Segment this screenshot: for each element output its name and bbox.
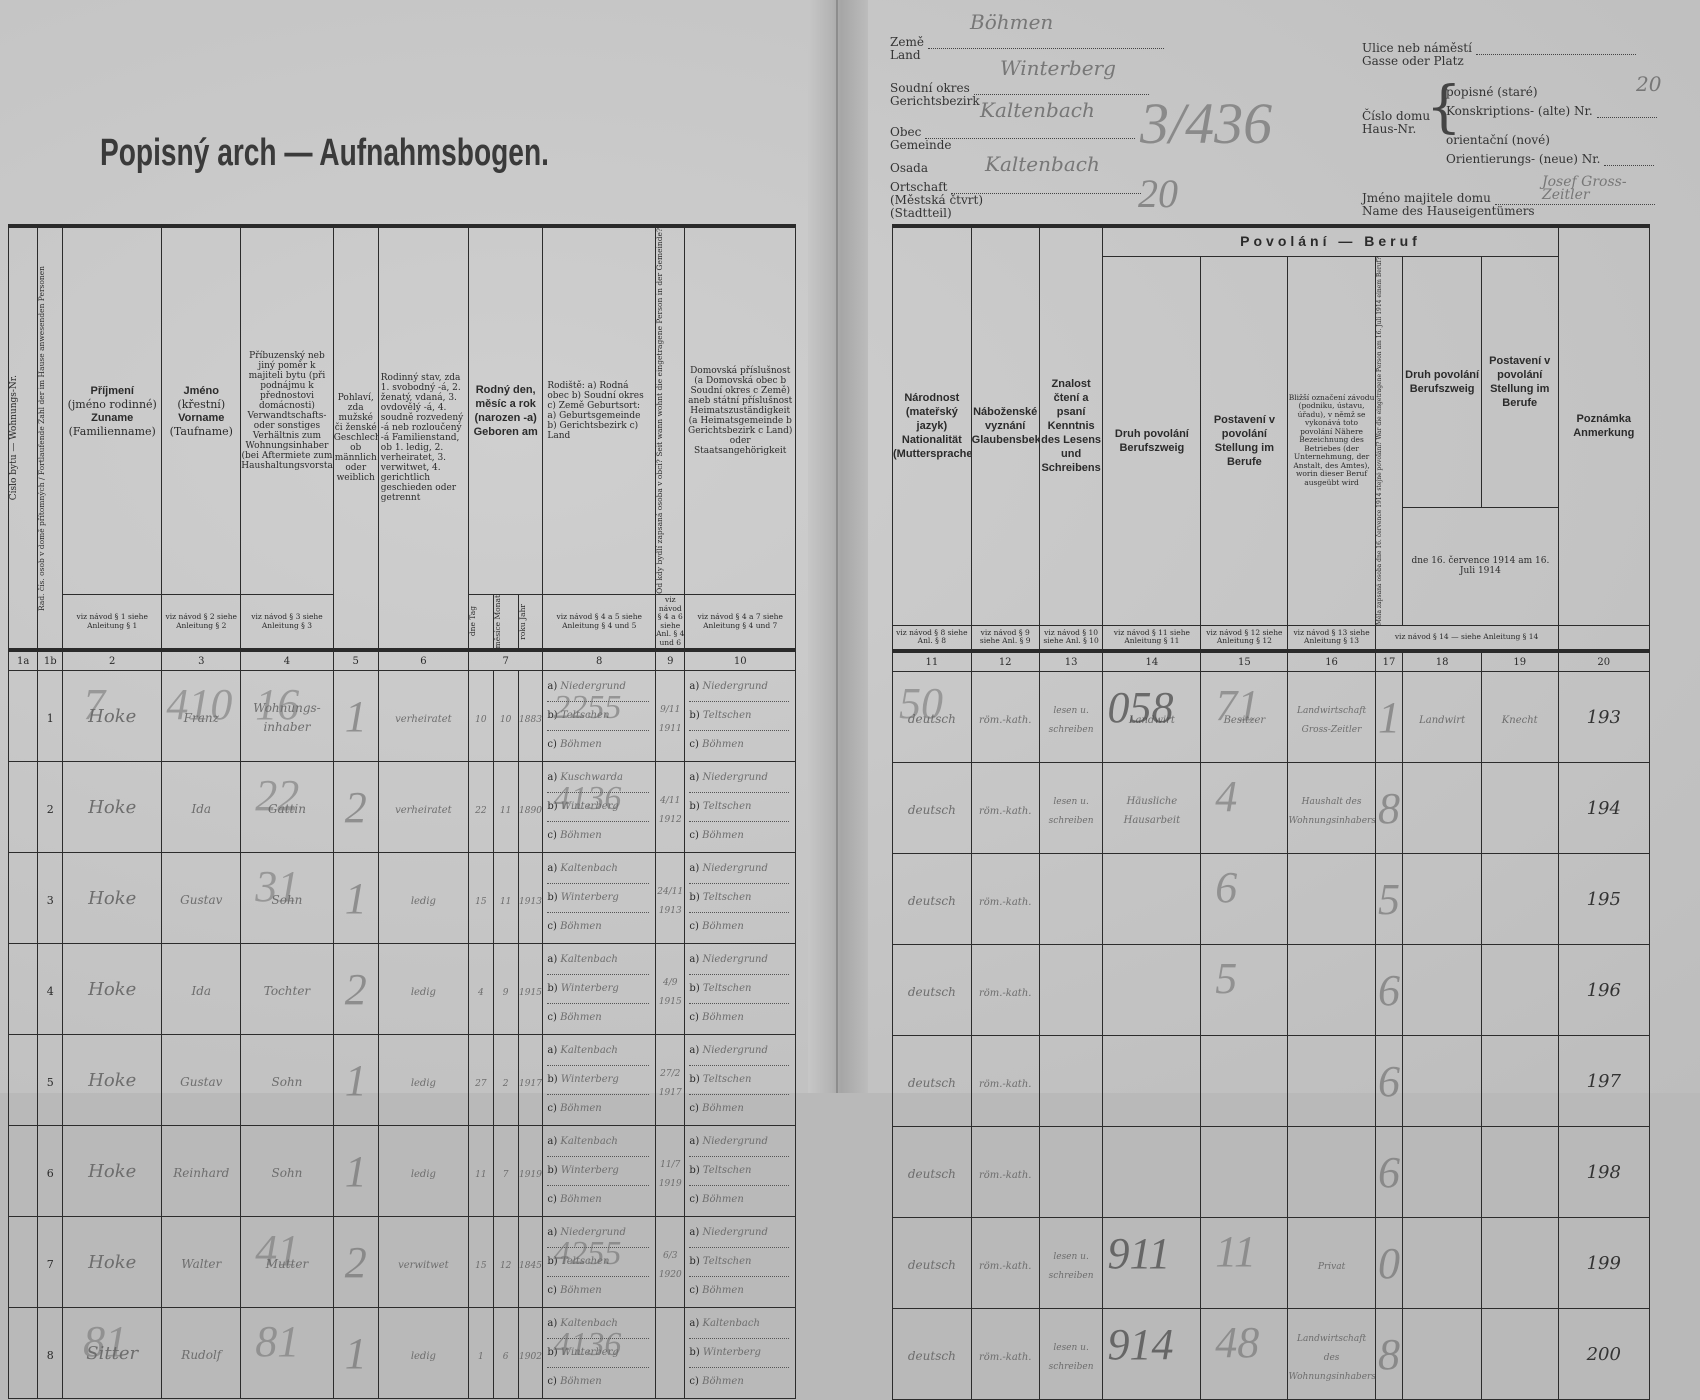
relation-cell: Sohn31: [241, 853, 333, 944]
nationality-cell: deutsch: [893, 763, 972, 854]
position-cell: [1201, 1036, 1288, 1093]
land-label-cz: Země: [890, 35, 924, 49]
birth-cell-1: 10: [493, 671, 518, 762]
note-cell: 196: [1558, 945, 1650, 1036]
col-12-header: Náboženské vyznání Glaubensbekenntnis: [971, 226, 1039, 625]
table-row: deutschröm.-kath.lesen u. schreibenHäusl…: [893, 763, 1650, 854]
birth-cell-0: 15: [468, 853, 493, 944]
occupation-cell: Landwirt058: [1103, 672, 1201, 763]
col-number-2: 2: [63, 650, 162, 671]
old-number-label-de: Konskriptions- (alte) Nr.: [1446, 104, 1593, 118]
same-occupation-1914-cell: 6: [1375, 945, 1403, 1036]
domicile-cell: a) Niedergrundb) Teltschenc) Böhmen: [685, 853, 796, 944]
col-number-6: 6: [378, 650, 468, 671]
person-number: 2: [38, 762, 63, 853]
col-number-13: 13: [1039, 651, 1103, 672]
col-number-11: 11: [893, 651, 972, 672]
employer-cell: [1288, 1036, 1375, 1093]
birthplace-cell: a) Kaltenbachb) Winterbergc) Böhmen: [543, 853, 656, 944]
sex-cell: 1: [333, 671, 378, 762]
field-community: Obec Gemeinde Kaltenbach: [890, 120, 1135, 152]
col-17-header: Měla zapsaná osoba dne 16. července 1914…: [1375, 256, 1403, 625]
marital-cell: ledig: [378, 853, 468, 944]
col-number-9: 9: [656, 650, 685, 671]
surname-cell: Hoke: [63, 1035, 162, 1093]
col-number-12: 12: [971, 651, 1039, 672]
col-11-ref: viz návod § 8 siehe Anl. § 8: [893, 625, 972, 651]
firstname-cell: Gustav: [162, 1035, 241, 1093]
owner-label-de: Name des Hauseigentümers: [1362, 205, 1655, 218]
sex-cell: 1: [333, 853, 378, 944]
flat-number: [9, 1035, 38, 1093]
relation-cell: Sohn: [241, 1035, 333, 1093]
old-number-value: 20: [1636, 78, 1661, 91]
census-table-left: Číslo bytu — Wohnungs-Nr.Řad. čís. osob …: [8, 224, 796, 1093]
table-row: deutschröm.-kath.65195: [893, 854, 1650, 945]
occupation-1914-cell: [1403, 945, 1482, 1036]
povolani-header: Povolání — Beruf: [1103, 226, 1558, 256]
birth-cell-2: 1883: [518, 671, 543, 762]
firstname-cell: Ida: [162, 762, 241, 853]
col-number-20: 20: [1558, 651, 1650, 672]
col-number-1b: 1b: [38, 650, 63, 671]
locality-label-de2: (Stadtteil): [890, 207, 1141, 220]
religion-cell: röm.-kath.: [971, 672, 1039, 763]
col-13-header: Znalost čtení a psaní Kenntnis des Lesen…: [1039, 226, 1103, 625]
flat-number: [9, 671, 38, 762]
locality-label-de: Ortschaft: [890, 180, 947, 194]
position-1914-cell: [1481, 763, 1558, 854]
relation-cell: Gattin22: [241, 762, 333, 853]
person-number: 5: [38, 1035, 63, 1093]
table-row: deutschröm.-kath.6197: [893, 1036, 1650, 1093]
col-3-header: Jméno(křestní)Vorname(Taufname): [162, 226, 241, 594]
col-11-header: Národnost (mateřský jazyk) Nationalität …: [893, 226, 972, 625]
house-no-label-de: Haus-Nr.: [1362, 123, 1430, 136]
same-occupation-1914-cell: 6: [1375, 1036, 1403, 1093]
marital-cell: ledig: [378, 944, 468, 1035]
col-number-15: 15: [1201, 651, 1288, 672]
birthplace-cell: a) Kuschwardab) Winterbergc) Böhmen4136: [543, 762, 656, 853]
col-3-ref: viz návod § 2 siehe Anleitung § 2: [162, 594, 241, 650]
field-old-number: popisné (staré) Konskriptions- (alte) Nr…: [1446, 86, 1657, 118]
col-number-3: 3: [162, 650, 241, 671]
birth-cell-1: 11: [493, 762, 518, 853]
locality-value: Kaltenbach: [985, 158, 1100, 171]
literacy-cell: [1039, 945, 1103, 1036]
residence-since-cell: 24/11 1913: [656, 853, 685, 944]
book-gutter: [808, 0, 868, 1093]
same-occupation-1914-cell: 8: [1375, 763, 1403, 854]
col-1b-header: Řad. čís. osob v domě přítomných / Fortl…: [38, 226, 63, 650]
field-street: Ulice neb náměstí Gasse oder Platz: [1362, 36, 1636, 68]
owner-value: Josef Gross-Zeitler: [1542, 176, 1655, 202]
surname-cell: Hoke: [63, 853, 162, 944]
marital-cell: verheiratet: [378, 671, 468, 762]
col-9-ref: viz návod § 4 a 6 siehe Anl. § 4 und 6: [656, 594, 685, 650]
firstname-cell: Gustav: [162, 853, 241, 944]
col-17-19-ref: viz návod § 14 — siehe Anleitung § 14: [1375, 625, 1558, 651]
field-house-number: Číslo domu Haus-Nr.: [1362, 110, 1430, 136]
table-row: 1Hoke7Franz410Wohnungs-inhaber161verheir…: [9, 671, 796, 762]
flat-number: [9, 944, 38, 1035]
col-8-header: Rodiště: a) Rodná obec b) Soudní okres c…: [543, 226, 656, 594]
position-1914-cell: Knecht: [1481, 672, 1558, 763]
relation-cell: Tochter: [241, 944, 333, 1035]
col-10-header: Domovská příslušnost (a Domovská obec b …: [685, 226, 796, 594]
old-number-label-cz: popisné (staré): [1446, 86, 1657, 99]
sex-cell: 2: [333, 762, 378, 853]
occupation-1914-cell: [1403, 854, 1482, 945]
position-1914-cell: [1481, 1036, 1558, 1093]
flat-number: [9, 762, 38, 853]
surname-cell: Hoke: [63, 944, 162, 1035]
person-number: 3: [38, 853, 63, 944]
literacy-cell: lesen u. schreiben: [1039, 672, 1103, 763]
occupation-cell: [1103, 854, 1201, 945]
field-owner: Jméno majitele domu Name des Hauseigentü…: [1362, 186, 1655, 218]
col-number-14: 14: [1103, 651, 1201, 672]
position-cell: 5: [1201, 945, 1288, 1036]
domicile-cell: a) Niedergrundb) Teltschenc) Böhmen: [685, 671, 796, 762]
table-row: 3HokeGustavSohn311ledig15111913a) Kalten…: [9, 853, 796, 944]
community-label-cz: Obec: [890, 125, 921, 139]
census-form-spread: Popisný arch — Aufnahmsbogen. Číslo bytu…: [0, 0, 1700, 1093]
census-table-right: Národnost (mateřský jazyk) Nationalität …: [892, 224, 1650, 1093]
field-new-number: orientační (nové) Orientierungs- (neue) …: [1446, 134, 1654, 166]
right-page: Země Land Böhmen Soudní okres Gerichtsbe…: [868, 0, 1700, 1093]
sex-cell: 2: [333, 944, 378, 1035]
residence-since-cell: 27/2 1917: [656, 1035, 685, 1093]
col-9-header: Od kdy bydlí zapsaná osoba v obci? Seit …: [656, 226, 685, 594]
col-20-header: Poznámka Anmerkung: [1558, 226, 1650, 625]
col-16-header: Bližší označení závodu (podniku, ústavu,…: [1288, 256, 1375, 625]
employer-cell: [1288, 854, 1375, 945]
literacy-cell: [1039, 1036, 1103, 1093]
birth-cell-2: 1890: [518, 762, 543, 853]
occupation-cell: Häusliche Hausarbeit: [1103, 763, 1201, 854]
sex-cell: 1: [333, 1035, 378, 1093]
surname-cell: Hoke7: [63, 671, 162, 762]
nationality-cell: deutsch: [893, 1036, 972, 1093]
position-cell: 6: [1201, 854, 1288, 945]
residence-since-cell: 4/11 1912: [656, 762, 685, 853]
employer-cell: [1288, 945, 1375, 1036]
birth-cell-0: 22: [468, 762, 493, 853]
birth-cell-2: 1915: [518, 944, 543, 1035]
occupation-cell: [1103, 945, 1201, 1036]
birth-cell-1: 11: [493, 853, 518, 944]
literacy-cell: lesen u. schreiben: [1039, 763, 1103, 854]
col-4-header: Příbuzenský neb jiný poměr k majiteli by…: [241, 226, 333, 594]
relation-cell: Wohnungs-inhaber16: [241, 671, 333, 762]
position-1914-cell: [1481, 854, 1558, 945]
col-number-16: 16: [1288, 651, 1375, 672]
firstname-cell: Ida: [162, 944, 241, 1035]
employer-cell: Haushalt des Wohnungsinhabers: [1288, 763, 1375, 854]
col-8-ref: viz návod § 4 a 5 siehe Anleitung § 4 un…: [543, 594, 656, 650]
birth-cell-2: 1913: [518, 853, 543, 944]
col-number-5: 5: [333, 650, 378, 671]
street-label-de: Gasse oder Platz: [1362, 55, 1636, 68]
col-7-sub-2: roku Jahr: [518, 594, 543, 650]
birth-cell-0: 27: [468, 1035, 493, 1093]
nationality-cell: deutsch: [893, 945, 972, 1036]
birth-cell-2: 1917: [518, 1035, 543, 1093]
col-12-ref: viz návod § 9 siehe Anl. § 9: [971, 625, 1039, 651]
community-label-de: Gemeinde: [890, 139, 1135, 152]
person-number: 4: [38, 944, 63, 1035]
surname-cell: Hoke: [63, 762, 162, 853]
note-cell: 197: [1558, 1036, 1650, 1093]
occupation-1914-cell: Landwirt: [1403, 672, 1482, 763]
person-number: 1: [38, 671, 63, 762]
residence-since-cell: 4/9 1915: [656, 944, 685, 1035]
same-occupation-1914-cell: 1: [1375, 672, 1403, 763]
col-20-ref: [1558, 625, 1650, 651]
marital-cell: ledig: [378, 1035, 468, 1093]
religion-cell: röm.-kath.: [971, 763, 1039, 854]
occupation-1914-cell: [1403, 763, 1482, 854]
occupation-1914-cell: [1403, 1036, 1482, 1093]
col-number-8: 8: [543, 650, 656, 671]
new-number-label-cz: orientační (nové): [1446, 134, 1654, 147]
note-cell: 194: [1558, 763, 1650, 854]
table-row: deutschröm.-kath.56196: [893, 945, 1650, 1036]
col-number-18: 18: [1403, 651, 1482, 672]
street-label-cz: Ulice neb náměstí: [1362, 41, 1472, 55]
col-7-sub-1: měsíce Monat: [493, 594, 518, 650]
birth-cell-1: 2: [493, 1035, 518, 1093]
locality-annotation: 20: [1138, 170, 1178, 217]
col-13-ref: viz návod § 10 siehe Anl. § 10: [1039, 625, 1103, 651]
col-1a-header: Číslo bytu — Wohnungs-Nr.: [9, 226, 38, 650]
employer-cell: Landwirtschaft Gross-Zeitler: [1288, 672, 1375, 763]
community-value: Kaltenbach: [980, 104, 1095, 117]
flat-number: [9, 853, 38, 944]
position-cell: 4: [1201, 763, 1288, 854]
firstname-cell: Franz410: [162, 671, 241, 762]
owner-label-cz: Jméno majitele domu: [1362, 191, 1491, 205]
literacy-cell: [1039, 854, 1103, 945]
date-note-1914: dne 16. července 1914 am 16. Juli 1914: [1403, 508, 1558, 625]
district-label-cz: Soudní okres: [890, 81, 970, 95]
domicile-cell: a) Niedergrundb) Teltschenc) Böhmen: [685, 762, 796, 853]
col-14-header: Druh povolání Berufszweig: [1103, 256, 1201, 625]
house-annotation: 3/436: [1140, 90, 1272, 157]
religion-cell: röm.-kath.: [971, 854, 1039, 945]
col-2-header: Příjmení(jméno rodinné)Zuname(Familienna…: [63, 226, 162, 594]
table-row: deutsch50röm.-kath.lesen u. schreibenLan…: [893, 672, 1650, 763]
residence-since-cell: 9/11 1911: [656, 671, 685, 762]
col-14-ref: viz návod § 11 siehe Anleitung § 11: [1103, 625, 1201, 651]
domicile-cell: a) Niedergrundb) Teltschenc) Böhmen: [685, 1035, 796, 1093]
col-number-17: 17: [1375, 651, 1403, 672]
col-7-header: Rodný den, měsíc a rok (narozen -a) Gebo…: [468, 226, 542, 594]
col-16-ref: viz návod § 13 siehe Anleitung § 13: [1288, 625, 1375, 651]
field-locality: Osada Ortschaft (Městská čtvrt) (Stadtte…: [890, 162, 1141, 220]
col-number-19: 19: [1481, 651, 1558, 672]
col-15-ref: viz návod § 12 siehe Anleitung § 12: [1201, 625, 1288, 651]
domicile-cell: a) Niedergrundb) Teltschenc) Böhmen: [685, 944, 796, 1035]
new-number-label-de: Orientierungs- (neue) Nr.: [1446, 152, 1600, 166]
col-5-header: Pohlaví, zda mužské či ženské Geschlecht…: [333, 226, 378, 650]
table-row: 2HokeIdaGattin222verheiratet22111890a) K…: [9, 762, 796, 853]
occupation-cell: [1103, 1036, 1201, 1093]
col-7-sub-0: dne Tag: [468, 594, 493, 650]
birth-cell-0: 10: [468, 671, 493, 762]
col-2-ref: viz návod § 1 siehe Anleitung § 1: [63, 594, 162, 650]
same-occupation-1914-cell: 5: [1375, 854, 1403, 945]
position-1914-cell: [1481, 945, 1558, 1036]
col-number-10: 10: [685, 650, 796, 671]
birthplace-cell: a) Kaltenbachb) Winterbergc) Böhmen: [543, 944, 656, 1035]
col-number-1a: 1a: [9, 650, 38, 671]
note-cell: 195: [1558, 854, 1650, 945]
table-row: 5HokeGustavSohn1ledig2721917a) Kaltenbac…: [9, 1035, 796, 1093]
col-19-header: Postavení v povolání Stellung im Berufe: [1481, 256, 1558, 508]
birth-cell-0: 4: [468, 944, 493, 1035]
col-4-ref: viz návod § 3 siehe Anleitung § 3: [241, 594, 333, 650]
land-value: Böhmen: [970, 16, 1053, 29]
marital-cell: verheiratet: [378, 762, 468, 853]
col-10-ref: viz návod § 4 a 7 siehe Anleitung § 4 un…: [685, 594, 796, 650]
note-cell: 193: [1558, 672, 1650, 763]
religion-cell: röm.-kath.: [971, 1036, 1039, 1093]
birth-cell-1: 9: [493, 944, 518, 1035]
left-page: Popisný arch — Aufnahmsbogen. Číslo bytu…: [0, 0, 808, 1093]
birthplace-cell: a) Niedergrundb) Teltschenc) Böhmen2255: [543, 671, 656, 762]
col-number-4: 4: [241, 650, 333, 671]
col-number-7: 7: [468, 650, 542, 671]
table-row: 4HokeIdaTochter2ledig491915a) Kaltenbach…: [9, 944, 796, 1035]
nationality-cell: deutsch: [893, 854, 972, 945]
page-fold: [836, 0, 838, 1093]
col-15-header: Postavení v povolání Stellung im Berufe: [1201, 256, 1288, 625]
district-value: Winterberg: [1000, 62, 1116, 75]
position-cell: Besitzer71: [1201, 672, 1288, 763]
page-title: Popisný arch — Aufnahmsbogen.: [100, 132, 549, 175]
birthplace-cell: a) Kaltenbachb) Winterbergc) Böhmen: [543, 1035, 656, 1093]
col-6-header: Rodinný stav, zda 1. svobodný -á, 2. žen…: [378, 226, 468, 650]
religion-cell: röm.-kath.: [971, 945, 1039, 1036]
col-18-header: Druh povolání Berufszweig: [1403, 256, 1482, 508]
nationality-cell: deutsch50: [893, 672, 972, 763]
